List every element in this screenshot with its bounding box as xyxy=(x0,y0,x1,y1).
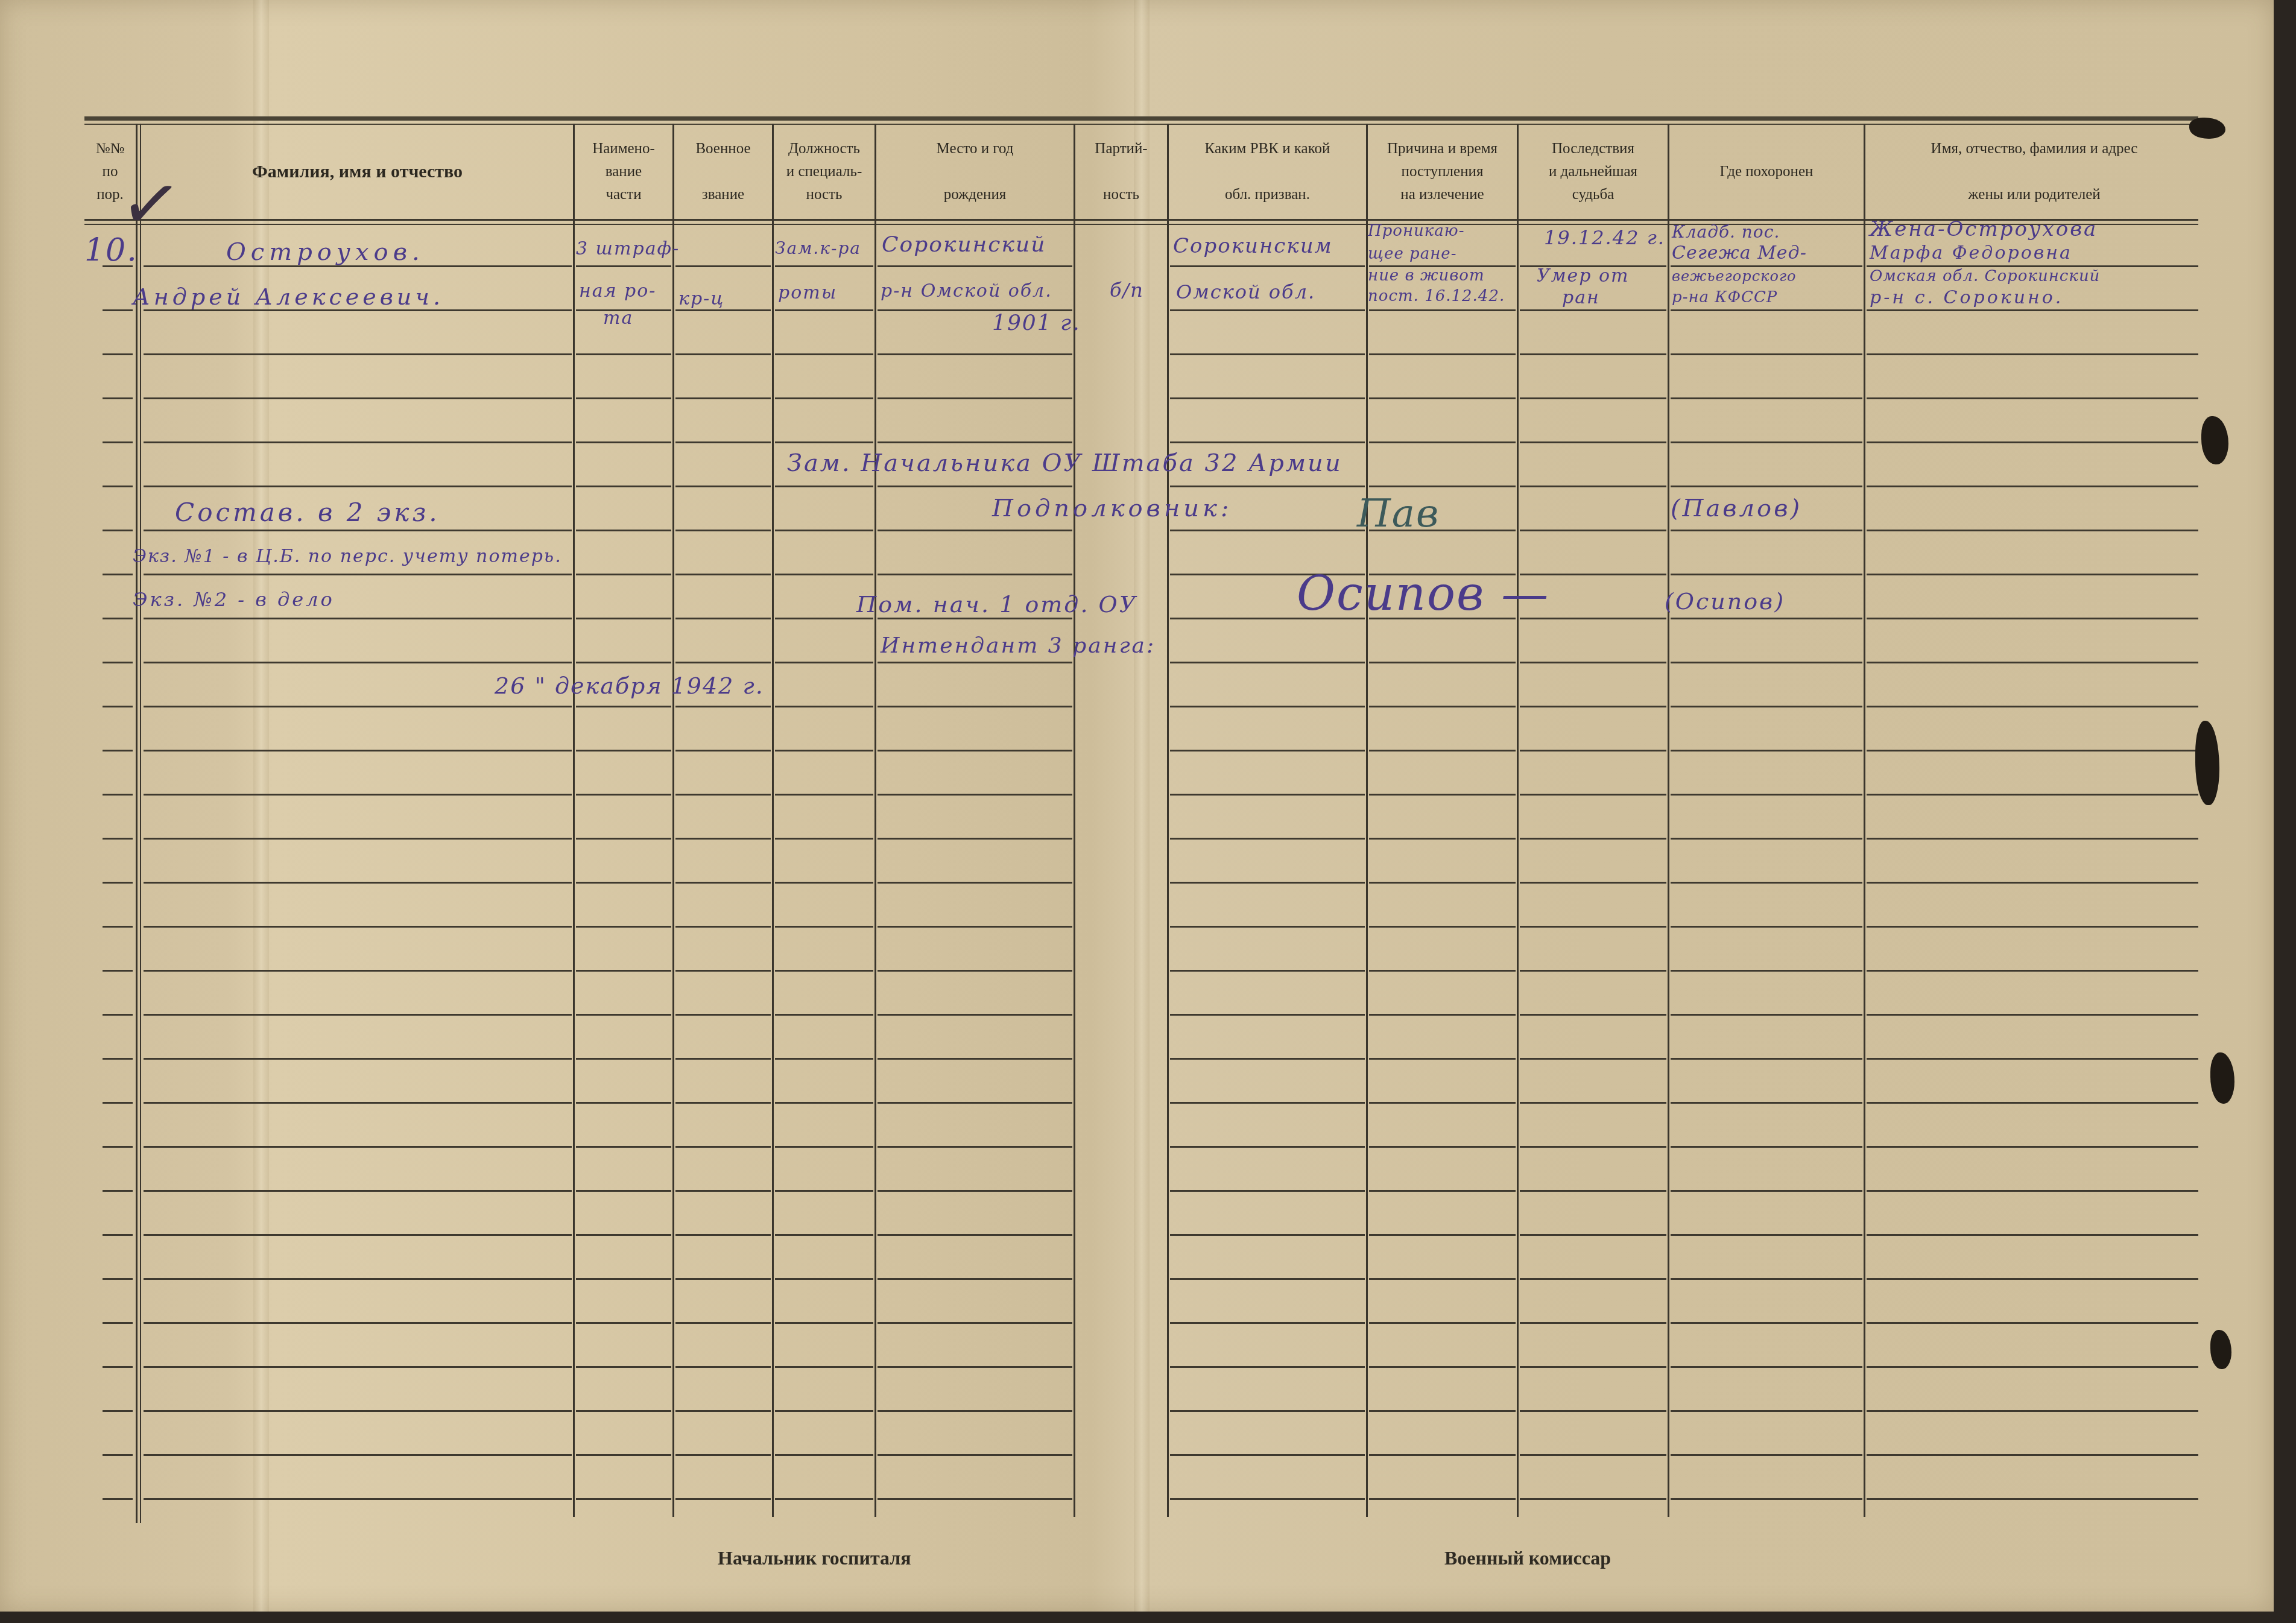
row-rule xyxy=(576,441,671,443)
row-rule xyxy=(1867,1498,2198,1500)
punch-hole xyxy=(2210,1052,2234,1104)
row-rule xyxy=(103,1058,133,1060)
row-rule xyxy=(1671,1322,1862,1324)
row-rule xyxy=(1170,882,1365,884)
row-rule xyxy=(675,1366,771,1368)
row-rule xyxy=(576,970,671,972)
row-rule xyxy=(675,265,771,267)
row-rule xyxy=(1520,662,1666,663)
row-rule xyxy=(103,309,133,311)
record-position-2: роты xyxy=(778,282,837,303)
row-rule xyxy=(103,618,133,619)
row-rule xyxy=(1671,794,1862,796)
row-rule xyxy=(1520,706,1666,707)
row-rule xyxy=(1520,1410,1666,1412)
row-rule xyxy=(878,926,1072,928)
row-rule xyxy=(1671,1410,1862,1412)
note-copy-2: Экз. №2 - в дело xyxy=(133,588,335,611)
row-rule xyxy=(103,530,133,531)
record-surname: Остроухов. xyxy=(226,238,425,266)
row-rule xyxy=(775,1190,873,1192)
row-rule xyxy=(1369,1234,1516,1236)
footer-commissar: Военный комиссар xyxy=(1444,1547,1611,1569)
row-rule xyxy=(1520,750,1666,751)
row-rule xyxy=(675,794,771,796)
column-divider xyxy=(136,124,138,1523)
record-outcome-2: ран xyxy=(1562,287,1600,308)
row-rule xyxy=(103,486,133,487)
row-rule xyxy=(1520,353,1666,355)
row-rule xyxy=(675,1454,771,1456)
row-rule xyxy=(878,353,1072,355)
row-rule xyxy=(576,662,671,663)
row-rule xyxy=(576,1322,671,1324)
row-rule xyxy=(1520,530,1666,531)
row-rule xyxy=(576,265,671,267)
row-rule xyxy=(878,1146,1072,1148)
row-rule xyxy=(576,1234,671,1236)
row-rule xyxy=(1867,309,2198,311)
row-rule xyxy=(1170,1322,1365,1324)
row-rule xyxy=(1170,1146,1365,1148)
row-rule xyxy=(576,926,671,928)
row-rule xyxy=(144,1058,572,1060)
row-rule xyxy=(1170,706,1365,707)
row-rule xyxy=(103,397,133,399)
row-rule xyxy=(878,706,1072,707)
header-rvk: Каким РВК и какой обл. призван. xyxy=(1169,127,1366,217)
row-rule xyxy=(144,353,572,355)
row-rule xyxy=(1170,397,1365,399)
row-rule xyxy=(878,1190,1072,1192)
row-rule xyxy=(144,1454,572,1456)
row-rule xyxy=(1520,1102,1666,1104)
record-unit-1: 3 штраф- xyxy=(576,238,680,259)
header-unit: Наимено- вание части xyxy=(575,127,672,217)
row-rule xyxy=(1671,1146,1862,1148)
row-rule xyxy=(144,1146,572,1148)
header-relatives: Имя, отчество, фамилия и адрес жены или … xyxy=(1865,127,2203,217)
row-rule xyxy=(1520,1498,1666,1500)
row-rule xyxy=(675,1410,771,1412)
row-rule xyxy=(1867,397,2198,399)
record-birth-1: Сорокинский xyxy=(882,232,1046,257)
note-copy-1: Экз. №1 - в Ц.Б. по перс. учету потерь. xyxy=(133,546,562,567)
punch-hole xyxy=(2189,118,2225,139)
row-rule xyxy=(1867,970,2198,972)
row-rule xyxy=(576,1014,671,1016)
row-rule xyxy=(675,486,771,487)
row-rule xyxy=(775,1014,873,1016)
row-rule xyxy=(1170,265,1365,267)
row-rule xyxy=(775,1278,873,1280)
row-rule xyxy=(1369,441,1516,443)
row-rule xyxy=(144,926,572,928)
column-divider xyxy=(672,124,674,1517)
row-rule xyxy=(1867,838,2198,840)
row-rule xyxy=(1170,441,1365,443)
row-rule xyxy=(775,1366,873,1368)
row-rule xyxy=(1867,706,2198,707)
column-divider xyxy=(1167,124,1169,1517)
row-rule xyxy=(103,1278,133,1280)
row-rule xyxy=(1369,1014,1516,1016)
header-position: Должность и специаль- ность xyxy=(774,127,874,217)
row-rule xyxy=(1671,441,1862,443)
row-rule xyxy=(1369,1366,1516,1368)
row-rule xyxy=(775,1498,873,1500)
row-rule xyxy=(1867,618,2198,619)
row-rule xyxy=(878,1102,1072,1104)
note-copies: Состав. в 2 экз. xyxy=(175,498,440,527)
row-rule xyxy=(1671,1278,1862,1280)
row-rule xyxy=(576,1410,671,1412)
row-rule xyxy=(103,574,133,575)
row-rule xyxy=(1369,309,1516,311)
row-rule xyxy=(1170,1366,1365,1368)
row-rule xyxy=(1520,970,1666,972)
row-rule xyxy=(878,970,1072,972)
row-rule xyxy=(1520,1454,1666,1456)
assistant-rank: Интендант 3 ранга: xyxy=(881,633,1156,658)
row-rule xyxy=(1520,309,1666,311)
deputy-title: Зам. Начальника ОУ Штаба 32 Армии xyxy=(787,449,1342,477)
row-rule xyxy=(1170,1058,1365,1060)
row-rule xyxy=(1671,1234,1862,1236)
row-rule xyxy=(144,1366,572,1368)
row-rule xyxy=(144,882,572,884)
record-burial-4: р-на КФССР xyxy=(1672,288,1777,306)
row-rule xyxy=(576,486,671,487)
row-rule xyxy=(1520,1322,1666,1324)
row-rule xyxy=(1170,1498,1365,1500)
row-rule xyxy=(1671,1498,1862,1500)
row-rule xyxy=(775,265,873,267)
row-rule xyxy=(103,1102,133,1104)
row-rule xyxy=(775,486,873,487)
row-rule xyxy=(1369,662,1516,663)
row-rule xyxy=(1671,882,1862,884)
row-rule xyxy=(144,1234,572,1236)
row-rule xyxy=(1671,706,1862,707)
row-rule xyxy=(878,397,1072,399)
row-rule xyxy=(878,1366,1072,1368)
row-rule xyxy=(1671,926,1862,928)
row-rule xyxy=(675,1278,771,1280)
header-outcome: Последствия и дальнейшая судьба xyxy=(1519,127,1668,217)
row-rule xyxy=(103,662,133,663)
row-rule xyxy=(1867,1366,2198,1368)
row-rule xyxy=(1867,1278,2198,1280)
row-rule xyxy=(1170,530,1365,531)
row-rule xyxy=(1867,1454,2198,1456)
deputy-name: (Павлов) xyxy=(1671,495,1802,522)
row-rule xyxy=(675,970,771,972)
record-cause-4: пост. 16.12.42. xyxy=(1368,287,1505,305)
record-outcome-date: 19.12.42 г. xyxy=(1544,226,1665,249)
record-burial-2: Сегежа Мед- xyxy=(1672,242,1807,264)
row-rule xyxy=(675,1322,771,1324)
record-cause-2: щее ране- xyxy=(1368,245,1457,263)
row-rule xyxy=(675,1102,771,1104)
row-rule xyxy=(144,794,572,796)
row-rule xyxy=(1170,1234,1365,1236)
record-cause-1: Проникаю- xyxy=(1368,222,1465,240)
row-rule xyxy=(775,970,873,972)
row-rule xyxy=(878,530,1072,531)
row-rule xyxy=(675,353,771,355)
punch-hole xyxy=(2210,1330,2231,1369)
row-rule xyxy=(1170,1278,1365,1280)
row-rule xyxy=(1369,1190,1516,1192)
row-rule xyxy=(576,1454,671,1456)
row-rule xyxy=(1867,441,2198,443)
row-rule xyxy=(103,1322,133,1324)
row-rule xyxy=(103,1014,133,1016)
row-rule xyxy=(878,1058,1072,1060)
row-rule xyxy=(1671,970,1862,972)
row-rule xyxy=(675,1234,771,1236)
row-rule xyxy=(878,486,1072,487)
row-rule xyxy=(576,1366,671,1368)
row-rule xyxy=(675,1014,771,1016)
row-rule xyxy=(1867,926,2198,928)
deputy-signature: Пав xyxy=(1357,492,1440,536)
row-rule xyxy=(775,441,873,443)
row-rule xyxy=(1170,750,1365,751)
row-rule xyxy=(675,926,771,928)
row-rule xyxy=(878,574,1072,575)
paper-fold-center xyxy=(1134,0,1150,1612)
row-rule xyxy=(1369,970,1516,972)
row-rule xyxy=(878,750,1072,751)
row-rule xyxy=(775,882,873,884)
record-name-patronymic: Андрей Алексеевич. xyxy=(133,283,444,310)
row-rule xyxy=(1671,1014,1862,1016)
row-rule xyxy=(576,530,671,531)
row-rule xyxy=(1867,1234,2198,1236)
row-rule xyxy=(775,750,873,751)
row-rule xyxy=(1170,794,1365,796)
row-rule xyxy=(1170,309,1365,311)
row-rule xyxy=(775,309,873,311)
row-rule xyxy=(775,838,873,840)
row-rule xyxy=(675,1058,771,1060)
row-rule xyxy=(775,662,873,663)
row-rule xyxy=(1520,1146,1666,1148)
row-rule xyxy=(878,618,1072,619)
row-rule xyxy=(144,1322,572,1324)
row-rule xyxy=(1671,1058,1862,1060)
row-rule xyxy=(1369,750,1516,751)
row-rule xyxy=(576,1102,671,1104)
row-rule xyxy=(576,838,671,840)
row-rule xyxy=(103,750,133,751)
row-rule xyxy=(144,1278,572,1280)
row-rule xyxy=(576,1190,671,1192)
table-top-rule xyxy=(84,124,2198,125)
row-rule xyxy=(144,1014,572,1016)
column-divider xyxy=(1668,124,1669,1517)
row-rule xyxy=(576,574,671,575)
row-rule xyxy=(1671,1366,1862,1368)
row-rule xyxy=(775,530,873,531)
row-rule xyxy=(1170,926,1365,928)
record-burial-1: Кладб. пос. xyxy=(1672,222,1780,242)
row-rule xyxy=(878,1278,1072,1280)
row-rule xyxy=(1867,1410,2198,1412)
row-rule xyxy=(1520,926,1666,928)
row-rule xyxy=(576,882,671,884)
row-rule xyxy=(1170,353,1365,355)
row-rule xyxy=(775,1058,873,1060)
row-rule xyxy=(878,441,1072,443)
row-rule xyxy=(144,1190,572,1192)
row-rule xyxy=(576,353,671,355)
record-cause-3: ние в живот xyxy=(1368,267,1485,285)
row-rule xyxy=(144,1410,572,1412)
row-rule xyxy=(1671,397,1862,399)
row-rule xyxy=(103,838,133,840)
header-fio: Фамилия, имя и отчество xyxy=(142,127,573,217)
record-number: 10. xyxy=(84,232,138,268)
row-rule xyxy=(576,1278,671,1280)
record-relatives-3: Омская обл. Сорокинский xyxy=(1870,267,2100,285)
row-rule xyxy=(1671,1190,1862,1192)
row-rule xyxy=(1520,1058,1666,1060)
row-rule xyxy=(775,926,873,928)
row-rule xyxy=(103,970,133,972)
record-unit-3: та xyxy=(603,308,633,329)
row-rule xyxy=(144,1102,572,1104)
row-rule xyxy=(1369,794,1516,796)
row-rule xyxy=(144,706,572,707)
row-rule xyxy=(144,750,572,751)
row-rule xyxy=(1671,838,1862,840)
row-rule xyxy=(775,574,873,575)
column-divider xyxy=(772,124,774,1517)
row-rule xyxy=(775,1102,873,1104)
row-rule xyxy=(1671,618,1862,619)
record-relatives-4: р-н с. Сорокино. xyxy=(1870,287,2063,308)
header-cause: Причина и время поступления на излечение xyxy=(1368,127,1517,217)
row-rule xyxy=(878,882,1072,884)
row-rule xyxy=(878,265,1072,267)
row-rule xyxy=(103,1454,133,1456)
row-rule xyxy=(103,1498,133,1500)
assistant-title: Пом. нач. 1 отд. ОУ xyxy=(856,591,1137,618)
row-rule xyxy=(775,1322,873,1324)
row-rule xyxy=(1170,662,1365,663)
row-rule xyxy=(1369,397,1516,399)
row-rule xyxy=(1867,1322,2198,1324)
row-rule xyxy=(1170,970,1365,972)
row-rule xyxy=(775,353,873,355)
header-birth: Место и год рождения xyxy=(876,127,1074,217)
row-rule xyxy=(775,397,873,399)
header-rank: Военное звание xyxy=(674,127,772,217)
row-rule xyxy=(103,882,133,884)
column-divider xyxy=(140,124,141,1523)
row-rule xyxy=(1867,353,2198,355)
row-rule xyxy=(675,1190,771,1192)
row-rule xyxy=(1867,1102,2198,1104)
row-rule xyxy=(103,794,133,796)
record-burial-3: вежьегорского xyxy=(1672,268,1796,285)
row-rule xyxy=(103,926,133,928)
row-rule xyxy=(1671,309,1862,311)
row-rule xyxy=(1867,1146,2198,1148)
row-rule xyxy=(878,794,1072,796)
row-rule xyxy=(1170,1454,1365,1456)
record-outcome-1: Умер от xyxy=(1537,265,1630,286)
row-rule xyxy=(878,1322,1072,1324)
row-rule xyxy=(103,1190,133,1192)
row-rule xyxy=(144,970,572,972)
row-rule xyxy=(1671,750,1862,751)
row-rule xyxy=(144,662,572,663)
record-birth-3: 1901 г. xyxy=(992,311,1081,335)
row-rule xyxy=(1369,926,1516,928)
row-rule xyxy=(144,441,572,443)
row-rule xyxy=(878,1454,1072,1456)
row-rule xyxy=(1867,1190,2198,1192)
row-rule xyxy=(675,750,771,751)
row-rule xyxy=(1867,574,2198,575)
row-rule xyxy=(1170,1102,1365,1104)
column-divider xyxy=(874,124,876,1517)
row-rule xyxy=(576,1498,671,1500)
record-rvk-2: Омской обл. xyxy=(1176,280,1315,303)
table-top-rule xyxy=(84,116,2198,121)
record-relatives-1: Жена-Остроухова xyxy=(1870,217,2098,241)
row-rule xyxy=(775,618,873,619)
row-rule xyxy=(1520,1190,1666,1192)
record-party: б/п xyxy=(1110,279,1144,302)
row-rule xyxy=(1520,1278,1666,1280)
row-rule xyxy=(1671,1454,1862,1456)
document-page: №№ по пор. Фамилия, имя и отчество Наиме… xyxy=(0,0,2274,1612)
column-divider xyxy=(1864,124,1865,1517)
row-rule xyxy=(1369,353,1516,355)
row-rule xyxy=(576,750,671,751)
row-rule xyxy=(1671,353,1862,355)
row-rule xyxy=(1170,1410,1365,1412)
row-rule xyxy=(1170,838,1365,840)
row-rule xyxy=(775,706,873,707)
record-position-1: Зам.к-ра xyxy=(775,238,861,258)
header-burial: Где похоронен xyxy=(1669,127,1864,217)
row-rule xyxy=(1369,838,1516,840)
row-rule xyxy=(1369,1322,1516,1324)
row-rule xyxy=(576,397,671,399)
row-rule xyxy=(675,309,771,311)
row-rule xyxy=(576,794,671,796)
row-rule xyxy=(675,882,771,884)
record-unit-2: ная ро- xyxy=(579,280,656,302)
row-rule xyxy=(1671,530,1862,531)
row-rule xyxy=(1520,838,1666,840)
row-rule xyxy=(1170,1014,1365,1016)
row-rule xyxy=(1867,530,2198,531)
row-rule xyxy=(1170,1190,1365,1192)
row-rule xyxy=(1671,265,1862,267)
row-rule xyxy=(1520,1366,1666,1368)
row-rule xyxy=(1520,794,1666,796)
row-rule xyxy=(675,618,771,619)
row-rule xyxy=(1867,882,2198,884)
row-rule xyxy=(1369,1146,1516,1148)
